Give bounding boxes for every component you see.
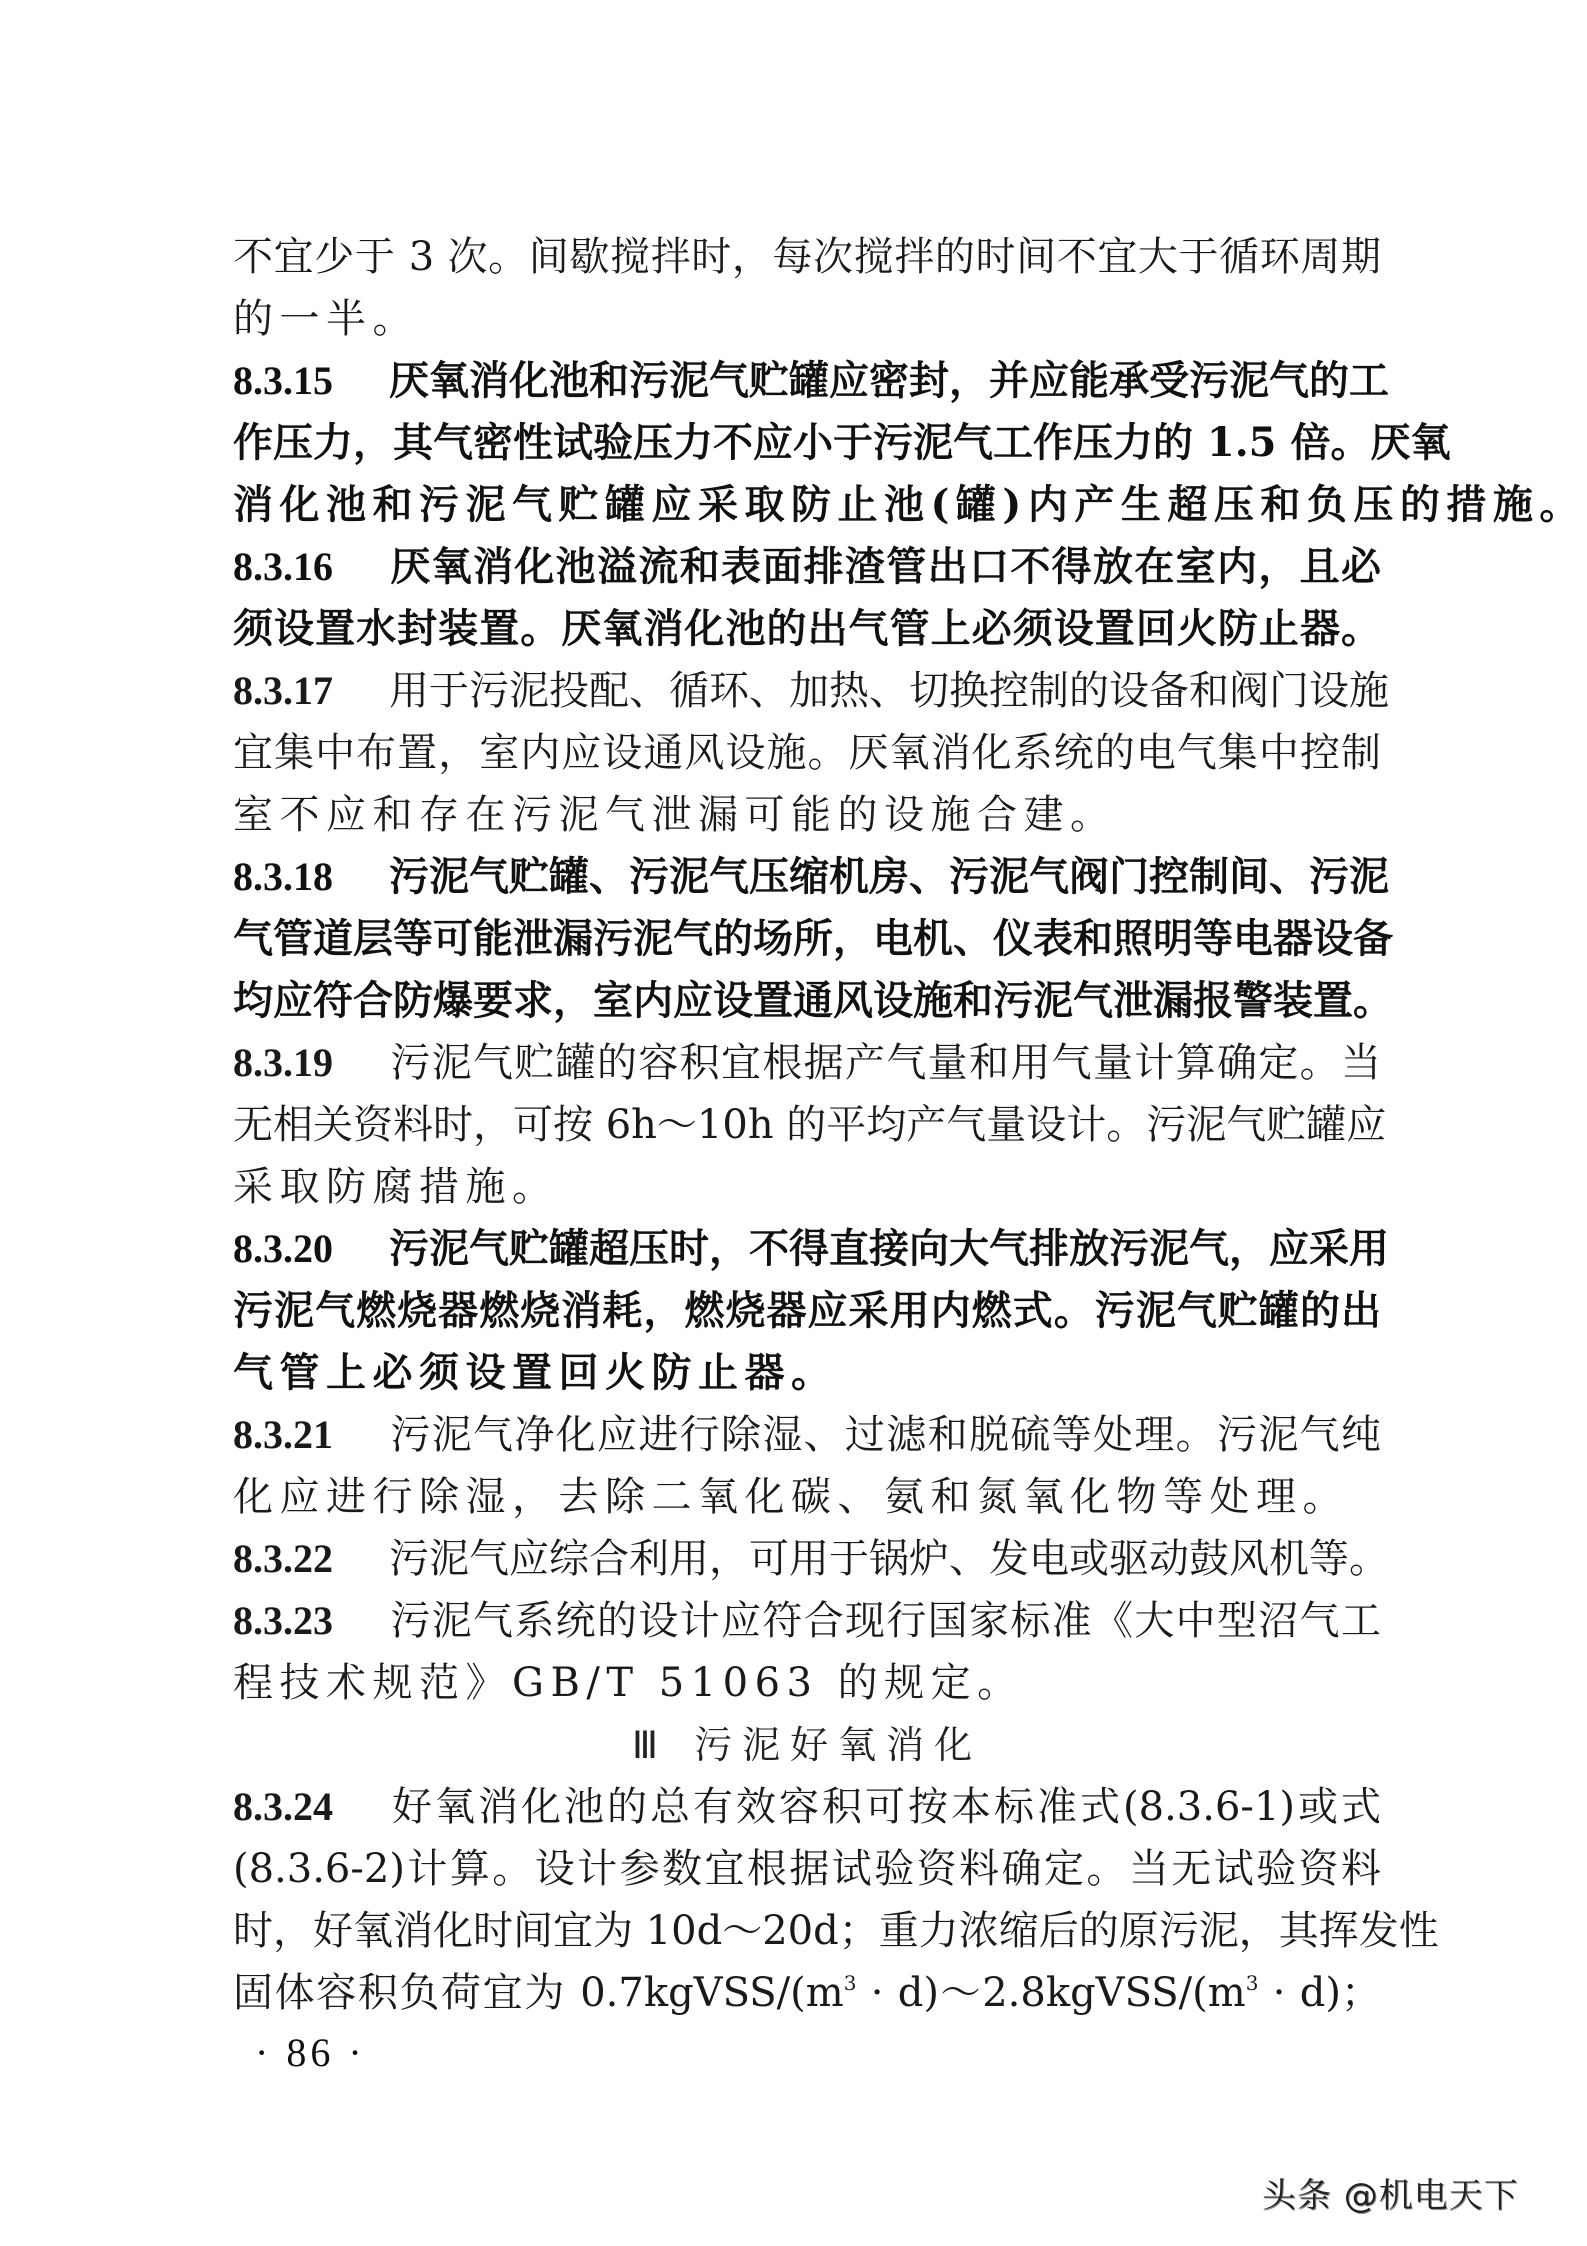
clause-line: 8.3.18污泥气贮罐、污泥气压缩机房、污泥气阀门控制间、污泥 (233, 846, 1381, 908)
line-text: 固体容积负荷宜为 0.7kgVSS/(m (233, 1970, 844, 2016)
section-title: 污泥好氧消化 (694, 1723, 982, 1767)
clause-number: 8.3.15 (233, 350, 389, 412)
clause-line: 8.3.23污泥气系统的设计应符合现行国家标准《大中型沼气工 (233, 1590, 1381, 1652)
clause-number: 8.3.24 (233, 1776, 389, 1838)
clause-line: 8.3.15厌氧消化池和污泥气贮罐应密封，并应能承受污泥气的工 (233, 350, 1381, 412)
line-text: 污泥气贮罐、污泥气压缩机房、污泥气阀门控制间、污泥 (389, 853, 1389, 900)
text-line: 气管上必须设置回火防止器。 (233, 1342, 1381, 1404)
page-number: · 86 · (255, 2025, 366, 2081)
text-line: 作压力，其气密性试验压力不应小于污泥气工作压力的 1.5 倍。厌氧 (233, 412, 1381, 474)
line-text: 均应符合防爆要求，室内应设置通风设施和污泥气泄漏报警装置。 (233, 977, 1393, 1024)
text-line: 不宜少于 3 次。间歇搅拌时，每次搅拌的时间不宜大于循环周期 (233, 226, 1381, 288)
line-text: 无相关资料时，可按 6h～10h 的平均产气量设计。污泥气贮罐应 (233, 1102, 1386, 1148)
clause-line: 8.3.21污泥气净化应进行除湿、过滤和脱硫等处理。污泥气纯 (233, 1404, 1381, 1466)
line-text: 消化池和污泥气贮罐应采取防止池(罐)内产生超压和负压的措施。 (233, 481, 1586, 528)
clause-line: 8.3.20污泥气贮罐超压时，不得直接向大气排放污泥气，应采用 (233, 1218, 1381, 1280)
line-text: 采取防腐措施。 (233, 1164, 559, 1210)
superscript: 3 (1246, 1971, 1259, 1995)
line-text: 污泥气贮罐超压时，不得直接向大气排放污泥气，应采用 (389, 1225, 1389, 1272)
line-text: · d)； (1258, 1970, 1381, 2016)
line-text: 厌氧消化池和污泥气贮罐应密封，并应能承受污泥气的工 (389, 357, 1389, 404)
line-text: 污泥气应综合利用，可用于锅炉、发电或驱动鼓风机等。 (389, 1536, 1389, 1582)
body-text: 不宜少于 3 次。间歇搅拌时，每次搅拌的时间不宜大于循环周期的一半。8.3.15… (233, 226, 1381, 2024)
text-line: 固体容积负荷宜为 0.7kgVSS/(m3 · d)～2.8kgVSS/(m3 … (233, 1962, 1381, 2024)
section-heading: Ⅲ污泥好氧消化 (233, 1714, 1381, 1776)
clause-number: 8.3.18 (233, 846, 389, 908)
text-line: 化应进行除湿，去除二氧化碳、氨和氮氧化物等处理。 (233, 1466, 1381, 1528)
watermark: 头条 @机电天下 (1262, 2168, 1519, 2217)
clause-number: 8.3.19 (233, 1032, 389, 1094)
line-text: 化应进行除湿，去除二氧化碳、氨和氮氧化物等处理。 (233, 1474, 1349, 1520)
text-line: (8.3.6-2)计算。设计参数宜根据试验资料确定。当无试验资料 (233, 1838, 1381, 1900)
line-text: 不宜少于 3 次。间歇搅拌时，每次搅拌的时间不宜大于循环周期 (233, 234, 1381, 280)
text-line: 消化池和污泥气贮罐应采取防止池(罐)内产生超压和负压的措施。 (233, 474, 1381, 536)
text-line: 采取防腐措施。 (233, 1156, 1381, 1218)
clause-line: 8.3.16厌氧消化池溢流和表面排渣管出口不得放在室内，且必 (233, 536, 1381, 598)
clause-line: 8.3.19污泥气贮罐的容积宜根据产气量和用气量计算确定。当 (233, 1032, 1381, 1094)
text-line: 的一半。 (233, 288, 1381, 350)
text-line: 须设置水封装置。厌氧消化池的出气管上必须设置回火防止器。 (233, 598, 1381, 660)
text-line: 宜集中布置，室内应设通风设施。厌氧消化系统的电气集中控制 (233, 722, 1381, 784)
line-text: 厌氧消化池溢流和表面排渣管出口不得放在室内，且必 (389, 543, 1381, 590)
line-text: 室不应和存在污泥气泄漏可能的设施合建。 (233, 792, 1117, 838)
line-text: 气管道层等可能泄漏污泥气的场所，电机、仪表和照明等电器设备 (233, 915, 1393, 962)
document-page: 不宜少于 3 次。间歇搅拌时，每次搅拌的时间不宜大于循环周期的一半。8.3.15… (0, 0, 1587, 2246)
clause-line: 8.3.22污泥气应综合利用，可用于锅炉、发电或驱动鼓风机等。 (233, 1528, 1381, 1590)
line-text: 好氧消化池的总有效容积可按本标准式(8.3.6-1)或式 (389, 1784, 1381, 1830)
line-text: 宜集中布置，室内应设通风设施。厌氧消化系统的电气集中控制 (233, 730, 1381, 776)
clause-number: 8.3.17 (233, 660, 389, 722)
line-text: 气管上必须设置回火防止器。 (233, 1349, 838, 1396)
clause-line: 8.3.24好氧消化池的总有效容积可按本标准式(8.3.6-1)或式 (233, 1776, 1381, 1838)
line-text: (8.3.6-2)计算。设计参数宜根据试验资料确定。当无试验资料 (233, 1846, 1381, 1892)
text-line: 无相关资料时，可按 6h～10h 的平均产气量设计。污泥气贮罐应 (233, 1094, 1381, 1156)
clause-number: 8.3.16 (233, 536, 389, 598)
line-text: 时，好氧消化时间宜为 10d～20d；重力浓缩后的原污泥，其挥发性 (233, 1908, 1439, 1954)
line-text: 用于污泥投配、循环、加热、切换控制的设备和阀门设施 (389, 668, 1389, 714)
clause-number: 8.3.21 (233, 1404, 389, 1466)
line-text: 作压力，其气密性试验压力不应小于污泥气工作压力的 1.5 倍。厌氧 (233, 419, 1450, 466)
text-line: 污泥气燃烧器燃烧消耗，燃烧器应采用内燃式。污泥气贮罐的出 (233, 1280, 1381, 1342)
clause-line: 8.3.17用于污泥投配、循环、加热、切换控制的设备和阀门设施 (233, 660, 1381, 722)
text-line: 时，好氧消化时间宜为 10d～20d；重力浓缩后的原污泥，其挥发性 (233, 1900, 1381, 1962)
text-line: 室不应和存在污泥气泄漏可能的设施合建。 (233, 784, 1381, 846)
text-line: 均应符合防爆要求，室内应设置通风设施和污泥气泄漏报警装置。 (233, 970, 1381, 1032)
text-line: 气管道层等可能泄漏污泥气的场所，电机、仪表和照明等电器设备 (233, 908, 1381, 970)
clause-number: 8.3.23 (233, 1590, 389, 1652)
line-text: 污泥气燃烧器燃烧消耗，燃烧器应采用内燃式。污泥气贮罐的出 (233, 1287, 1381, 1334)
line-text: 须设置水封装置。厌氧消化池的出气管上必须设置回火防止器。 (233, 605, 1381, 652)
clause-number: 8.3.20 (233, 1218, 389, 1280)
line-text: 污泥气净化应进行除湿、过滤和脱硫等处理。污泥气纯 (389, 1412, 1381, 1458)
text-line: 程技术规范》GB/T 51063 的规定。 (233, 1652, 1381, 1714)
section-numeral: Ⅲ (632, 1725, 658, 1767)
line-text: 的一半。 (233, 296, 419, 342)
clause-number: 8.3.22 (233, 1528, 389, 1590)
line-text: 程技术规范》GB/T 51063 的规定。 (233, 1660, 1024, 1706)
superscript: 3 (844, 1971, 857, 1995)
line-text: 污泥气系统的设计应符合现行国家标准《大中型沼气工 (389, 1598, 1381, 1644)
line-text: 污泥气贮罐的容积宜根据产气量和用气量计算确定。当 (389, 1040, 1381, 1086)
line-text: · d)～2.8kgVSS/(m (856, 1970, 1245, 2016)
